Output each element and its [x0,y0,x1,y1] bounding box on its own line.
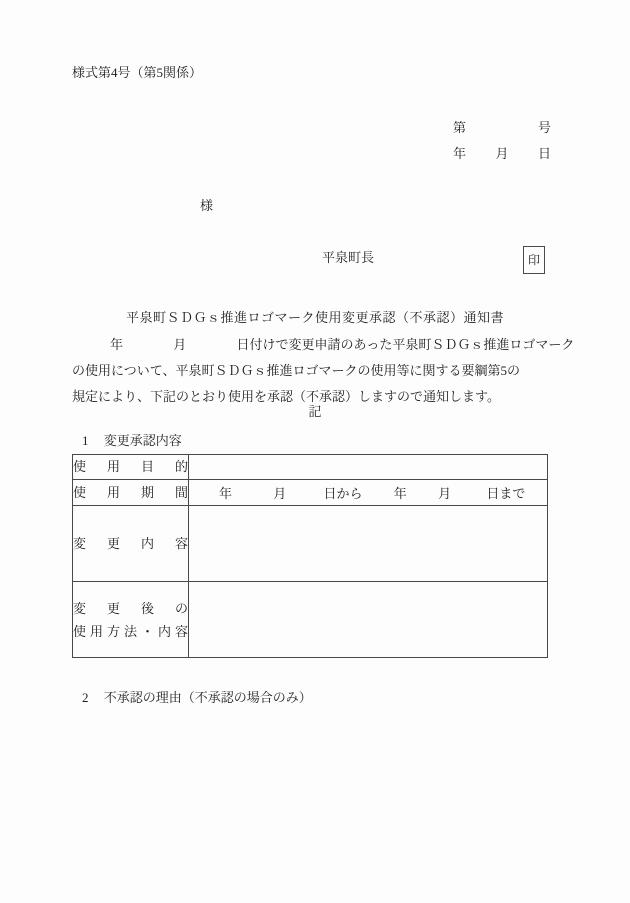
document-title: 平泉町ＳＤＧｓ推進ロゴマーク使用変更承認（不承認）通知書 [0,309,630,326]
body-line-1: 年 月 日付けで変更申請のあった平泉町ＳＤＧｓ推進ロゴマーク [72,332,566,358]
period-label: 使用期間 [73,484,188,502]
date-year-label: 年 [453,145,466,162]
section-2-title: 不承認の理由（不承認の場合のみ） [104,689,312,706]
section-1-heading: 1 変更承認内容 [82,432,182,449]
period-from-month-label: 月 [273,486,286,501]
record-marker: 記 [0,403,630,420]
seal-label: 印 [528,254,540,266]
form-number-label: 様式第4号（第5関係） [72,64,202,81]
change-details-label-cell: 変更内容 [73,506,189,582]
body-line-2: の使用について、平泉町ＳＤＧｓ推進ロゴマークの使用等に関する要綱第5の [72,358,566,384]
change-details-value-cell [189,506,548,582]
period-to-year-label: 年 [394,486,407,501]
section-1-title: 変更承認内容 [104,432,182,449]
change-approval-table: 使用目的 使用期間 年 月 日から 年 月 日まで 変更内 [72,454,548,658]
section-2-heading: 2 不承認の理由（不承認の場合のみ） [82,689,312,706]
document-number-line: 第 号 [453,119,551,136]
table-row-period: 使用期間 年 月 日から 年 月 日まで [73,480,548,506]
section-2-number: 2 [82,689,89,706]
document-page: 様式第4号（第5関係） 第 号 年 月 日 様 平泉町長 印 平泉町ＳＤＧｓ推進… [0,0,630,903]
period-value-cell: 年 月 日から 年 月 日まで [189,480,548,506]
blank-year-label: 年 [110,337,123,352]
period-label-cell: 使用期間 [73,480,189,506]
period-to-month-label: 月 [438,486,451,501]
addressee-honorific: 様 [200,197,213,214]
date-day-label: 日 [538,145,551,162]
doc-number-suffix: 号 [538,119,551,136]
date-line: 年 月 日 [453,145,551,162]
body-line-1-text: 日付けで変更申請のあった平泉町ＳＤＧｓ推進ロゴマーク [237,337,575,352]
period-from-day-label: 日から [324,486,363,501]
period-to-day-label: 日まで [486,486,525,501]
date-month-label: 月 [495,145,508,162]
purpose-label: 使用目的 [73,458,188,476]
seal-box: 印 [523,246,545,274]
purpose-label-cell: 使用目的 [73,455,189,480]
usage-after-change-label-line1: 変更後の [73,597,188,620]
table-row-usage-after-change: 変更後の 使用方法・内容 [73,582,548,658]
purpose-value-cell [189,455,548,480]
usage-after-change-value-cell [189,582,548,658]
section-1-number: 1 [82,432,89,449]
usage-after-change-label-cell: 変更後の 使用方法・内容 [73,582,189,658]
period-from-year-label: 年 [219,486,232,501]
doc-number-prefix: 第 [453,119,466,136]
change-details-label: 変更内容 [73,535,188,553]
blank-month-label: 月 [173,337,186,352]
table-row-change-details: 変更内容 [73,506,548,582]
table-row-purpose: 使用目的 [73,455,548,480]
usage-after-change-label-line2: 使用方法・内容 [73,620,188,643]
issuer-title: 平泉町長 [322,249,374,266]
body-paragraph: 年 月 日付けで変更申請のあった平泉町ＳＤＧｓ推進ロゴマーク の使用について、平… [72,332,566,410]
